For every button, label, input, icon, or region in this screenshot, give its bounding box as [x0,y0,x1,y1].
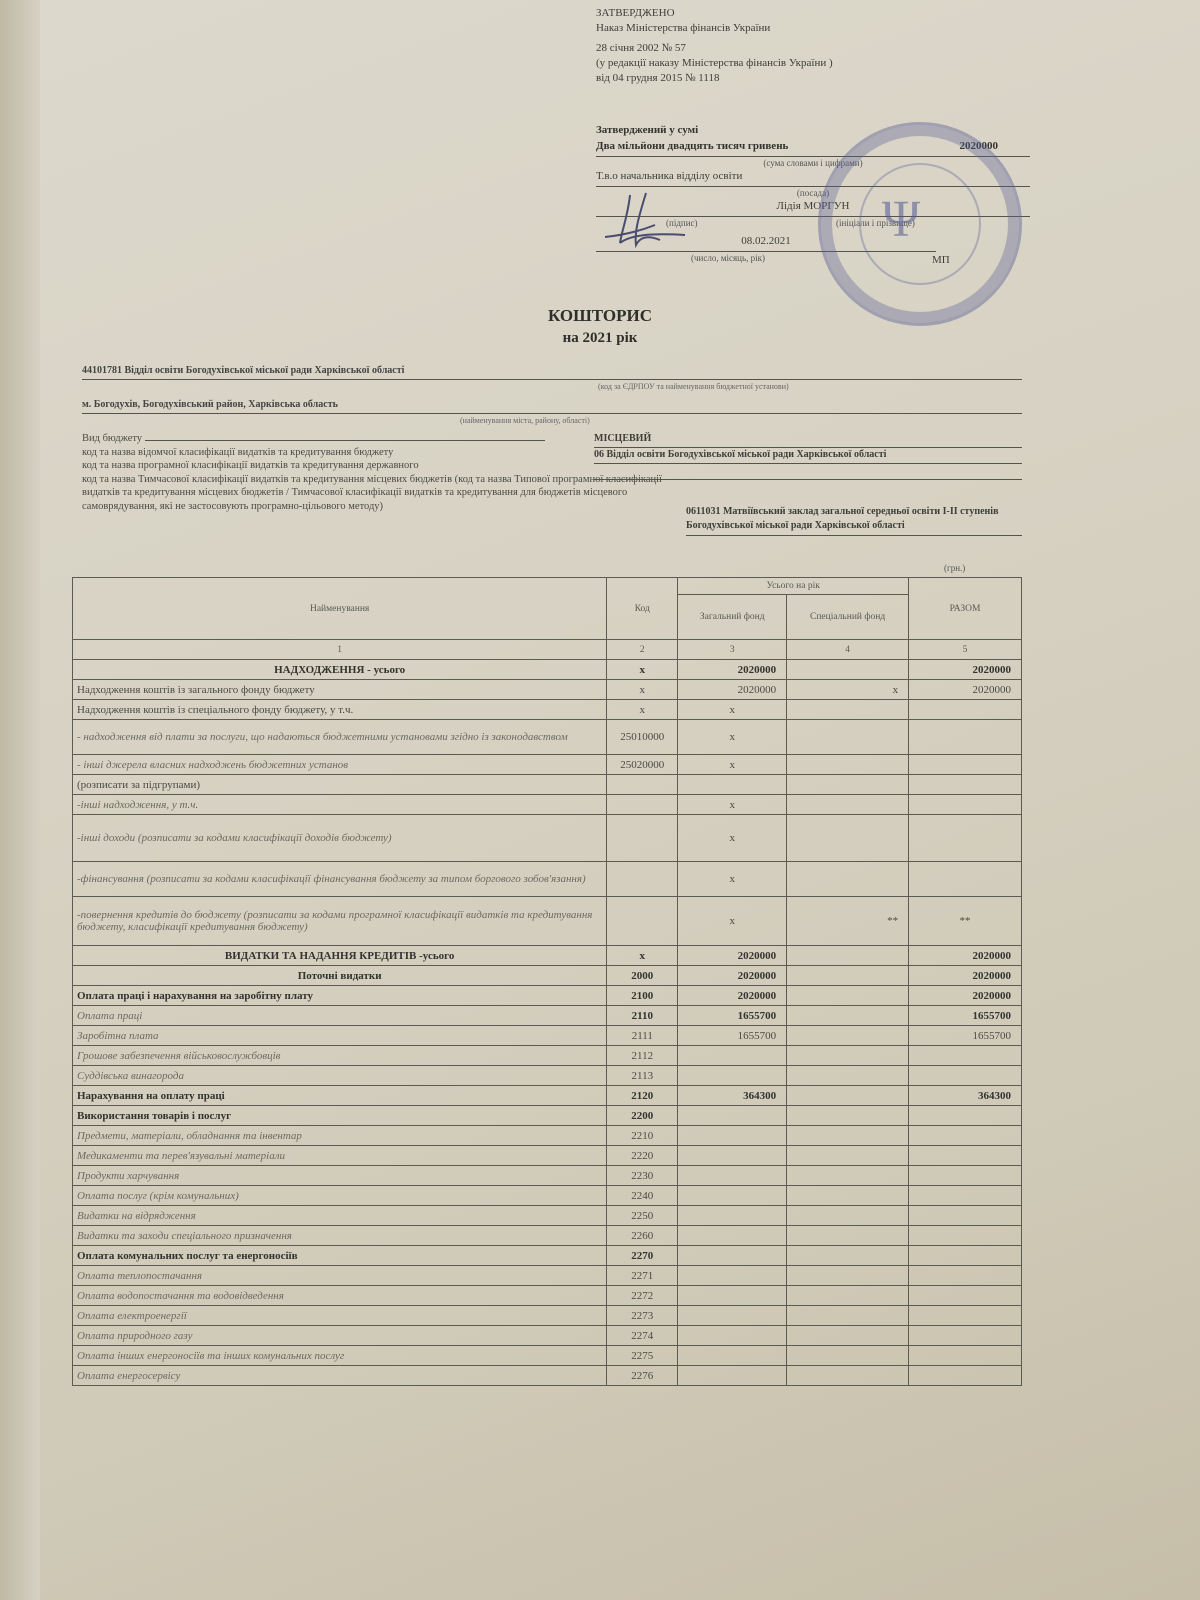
row-name: Видатки та заходи спеціального призначен… [73,1226,607,1246]
col-number-2: 2 [607,640,678,660]
date-hint: (число, місяць, рік) [691,252,765,265]
row-name: Оплата послуг (крім комунальних) [73,1186,607,1206]
local-program-value: 0611031 Матвіївський заклад загальної се… [686,505,1022,536]
row-total [909,1346,1022,1366]
row-special-fund [787,1006,909,1026]
row-code: 2000 [607,966,678,986]
row-name: ВИДАТКИ ТА НАДАННЯ КРЕДИТІВ -усього [73,946,607,966]
row-special-fund [787,1166,909,1186]
row-code: х [607,660,678,680]
row-code: 25020000 [607,755,678,775]
budget-type-value: МІСЦЕВИЙ [594,432,1022,448]
table-row: Поточні видатки200020200002020000 [73,966,1022,986]
approval-edition-date: від 04 грудня 2015 № 1118 [596,71,833,86]
table-row: Оплата природного газу2274 [73,1326,1022,1346]
row-name: Оплата праці [73,1006,607,1026]
row-code: 2273 [607,1306,678,1326]
table-row: Надходження коштів із спеціального фонду… [73,700,1022,720]
table-row: НАДХОДЖЕННЯ - усьогох20200002020000 [73,660,1022,680]
row-special-fund [787,1346,909,1366]
row-general-fund [678,1206,787,1226]
row-code: 2276 [607,1366,678,1386]
row-name: Оплата електроенергії [73,1306,607,1326]
dept-class-label: код та назва відомчої класифікації видат… [82,446,682,460]
table-row: Оплата праці211016557001655700 [73,1006,1022,1026]
table-row: -інші доходи (розписати за кодами класиф… [73,815,1022,862]
row-code: 2112 [607,1046,678,1066]
row-general-fund: 2020000 [678,946,787,966]
header-name: Найменування [73,578,607,640]
table-row: Суддівська винагорода2113 [73,1066,1022,1086]
row-special-fund [787,795,909,815]
row-general-fund: 2020000 [678,966,787,986]
row-total [909,1326,1022,1346]
row-special-fund [787,1286,909,1306]
row-name: Надходження коштів із спеціального фонду… [73,700,607,720]
table-row: (розписати за підгрупами) [73,775,1022,795]
header-code: Код [607,578,678,640]
row-name: Оплата природного газу [73,1326,607,1346]
row-general-fund [678,1126,787,1146]
row-name: Оплата інших енергоносіїв та інших комун… [73,1346,607,1366]
row-special-fund [787,720,909,755]
approved-sum-words: Два мільйони двадцять тисяч гривень [596,140,788,152]
row-code [607,897,678,946]
row-total [909,720,1022,755]
table-row: Оплата електроенергії2273 [73,1306,1022,1326]
approval-order: Наказ Міністерства фінансів України [596,21,833,36]
row-code [607,862,678,897]
row-total [909,1146,1022,1166]
row-code: 2275 [607,1346,678,1366]
budget-type-label: Вид бюджету [82,432,682,446]
row-total [909,862,1022,897]
header-year-total: Усього на рік [678,578,909,595]
row-total [909,1226,1022,1246]
row-code: 2111 [607,1026,678,1046]
row-general-fund: х [678,862,787,897]
row-special-fund [787,1186,909,1206]
row-total: 1655700 [909,1006,1022,1026]
table-row: Нарахування на оплату праці2120364300364… [73,1086,1022,1106]
row-total [909,1126,1022,1146]
table-row: Видатки на відрядження2250 [73,1206,1022,1226]
row-total [909,1046,1022,1066]
approver-position: Т.в.о начальника відділу освіти [596,170,742,182]
row-general-fund: х [678,795,787,815]
table-row: -повернення кредитів до бюджету (розписа… [73,897,1022,946]
row-general-fund [678,1366,787,1386]
row-name: Надходження коштів із загального фонду б… [73,680,607,700]
table-row: Оплата праці і нарахування на заробітну … [73,986,1022,1006]
row-general-fund [678,1146,787,1166]
row-code: 2200 [607,1106,678,1126]
row-special-fund [787,862,909,897]
institution-hint: (код за ЄДРПОУ та найменування бюджетної… [598,382,789,391]
row-total [909,815,1022,862]
row-code: 2272 [607,1286,678,1306]
row-general-fund [678,1226,787,1246]
row-general-fund: х [678,755,787,775]
row-special-fund [787,1266,909,1286]
row-total [909,1186,1022,1206]
row-special-fund [787,1226,909,1246]
row-total: 2020000 [909,946,1022,966]
row-general-fund [678,1246,787,1266]
row-general-fund: х [678,700,787,720]
row-total [909,1306,1022,1326]
row-general-fund [678,1326,787,1346]
row-special-fund [787,1366,909,1386]
budget-table: Найменування Код Усього на рік РАЗОМ Заг… [72,577,1022,1386]
row-special-fund [787,775,909,795]
header-general-fund: Загальний фонд [678,595,787,640]
location-line: м. Богодухів, Богодухівський район, Харк… [82,398,1022,414]
row-total [909,1266,1022,1286]
row-general-fund [678,1106,787,1126]
state-program-value [594,464,1022,480]
row-code [607,815,678,862]
row-name: Нарахування на оплату праці [73,1086,607,1106]
official-stamp: Ψ [818,122,1022,326]
document-title: КОШТОРИС [0,306,1200,326]
row-total: 2020000 [909,660,1022,680]
page-edge-shadow [0,0,40,1600]
row-name: -повернення кредитів до бюджету (розписа… [73,897,607,946]
row-code: 2100 [607,986,678,1006]
row-special-fund [787,1046,909,1066]
row-special-fund [787,1086,909,1106]
table-row: ВИДАТКИ ТА НАДАННЯ КРЕДИТІВ -усьогох2020… [73,946,1022,966]
row-name: Заробітна плата [73,1026,607,1046]
table-row: Заробітна плата211116557001655700 [73,1026,1022,1046]
row-special-fund: х [787,680,909,700]
row-code: 2120 [607,1086,678,1106]
row-special-fund [787,1146,909,1166]
table-row: Предмети, матеріали, обладнання та інвен… [73,1126,1022,1146]
col-number-4: 4 [787,640,909,660]
row-name: (розписати за підгрупами) [73,775,607,795]
col-number-5: 5 [909,640,1022,660]
row-general-fund [678,1166,787,1186]
row-special-fund [787,1066,909,1086]
row-general-fund [678,1266,787,1286]
table-row: Оплата послуг (крім комунальних)2240 [73,1186,1022,1206]
approval-block: ЗАТВЕРДЖЕНО Наказ Міністерства фінансів … [596,6,833,86]
row-code [607,795,678,815]
row-general-fund: х [678,815,787,862]
row-total: 1655700 [909,1026,1022,1046]
table-row: -фінансування (розписати за кодами класи… [73,862,1022,897]
row-total: 2020000 [909,966,1022,986]
row-name: Оплата праці і нарахування на заробітну … [73,986,607,1006]
row-general-fund [678,1066,787,1086]
row-name: Видатки на відрядження [73,1206,607,1226]
row-name: Медикаменти та перев'язувальні матеріали [73,1146,607,1166]
row-name: НАДХОДЖЕННЯ - усього [73,660,607,680]
row-code: 25010000 [607,720,678,755]
row-code: х [607,680,678,700]
classification-values: МІСЦЕВИЙ 06 Відділ освіти Богодухівської… [594,432,1022,480]
row-general-fund: 2020000 [678,660,787,680]
row-total: 2020000 [909,680,1022,700]
row-general-fund [678,1306,787,1326]
row-special-fund [787,946,909,966]
row-code: х [607,700,678,720]
table-row: -інші надходження, у т.ч.х [73,795,1022,815]
row-code: 2113 [607,1066,678,1086]
header-special-fund: Спеціальний фонд [787,595,909,640]
col-number-1: 1 [73,640,607,660]
row-name: -фінансування (розписати за кодами класи… [73,862,607,897]
row-code: х [607,946,678,966]
approval-date: 08.02.2021 [741,235,791,247]
row-code: 2220 [607,1146,678,1166]
row-name: - надходження від плати за послуги, що н… [73,720,607,755]
table-row: - надходження від плати за послуги, що н… [73,720,1022,755]
institution-line: 44101781 Відділ освіти Богодухівської мі… [82,364,1022,380]
row-code: 2270 [607,1246,678,1266]
row-code: 2110 [607,1006,678,1026]
row-general-fund [678,1286,787,1306]
table-row: Продукти харчування2230 [73,1166,1022,1186]
row-general-fund: 1655700 [678,1026,787,1046]
row-total [909,1286,1022,1306]
row-name: Оплата енергосервісу [73,1366,607,1386]
document-year: на 2021 рік [0,330,1200,347]
row-code: 2274 [607,1326,678,1346]
row-general-fund: 2020000 [678,680,787,700]
dept-class-value: 06 Відділ освіти Богодухівської міської … [594,448,1022,464]
row-total [909,1166,1022,1186]
row-special-fund [787,1326,909,1346]
row-special-fund [787,1246,909,1266]
row-name: Суддівська винагорода [73,1066,607,1086]
approval-edition: (у редакції наказу Міністерства фінансів… [596,56,833,71]
row-special-fund [787,1026,909,1046]
row-general-fund: 2020000 [678,986,787,1006]
row-special-fund [787,660,909,680]
row-code: 2260 [607,1226,678,1246]
row-special-fund [787,815,909,862]
row-total [909,1106,1022,1126]
row-code: 2240 [607,1186,678,1206]
row-total [909,775,1022,795]
row-total: 364300 [909,1086,1022,1106]
row-code: 2250 [607,1206,678,1226]
approval-order-date: 28 січня 2002 № 57 [596,41,833,56]
col-number-3: 3 [678,640,787,660]
row-general-fund [678,1346,787,1366]
row-code [607,775,678,795]
row-total [909,1066,1022,1086]
row-special-fund [787,1106,909,1126]
row-special-fund [787,966,909,986]
row-name: Грошове забезпечення військовослужбовців [73,1046,607,1066]
state-program-label: код та назва програмної класифікації вид… [82,459,682,473]
row-name: Оплата комунальних послуг та енергоносії… [73,1246,607,1266]
signature-scribble [600,185,690,255]
trident-emblem-icon: Ψ [879,185,923,255]
row-code: 2230 [607,1166,678,1186]
table-row: Медикаменти та перев'язувальні матеріали… [73,1146,1022,1166]
location-hint: (найменування міста, району, області) [460,416,590,425]
row-name: - інші джерела власних надходжень бюджет… [73,755,607,775]
row-general-fund: х [678,720,787,755]
row-total [909,1366,1022,1386]
row-total [909,795,1022,815]
row-name: Предмети, матеріали, обладнання та інвен… [73,1126,607,1146]
row-special-fund [787,755,909,775]
row-special-fund [787,700,909,720]
approval-heading: ЗАТВЕРДЖЕНО [596,6,833,21]
table-row: Оплата інших енергоносіїв та інших комун… [73,1346,1022,1366]
table-row: Грошове забезпечення військовослужбовців… [73,1046,1022,1066]
table-row: Оплата комунальних послуг та енергоносії… [73,1246,1022,1266]
document-page: ЗАТВЕРДЖЕНО Наказ Міністерства фінансів … [0,0,1200,1600]
row-total [909,700,1022,720]
table-row: Оплата теплопостачання2271 [73,1266,1022,1286]
row-total [909,1206,1022,1226]
local-program-label: код та назва Тимчасової класифікації вид… [82,473,682,514]
row-code: 2210 [607,1126,678,1146]
row-name: Оплата водопостачання та водовідведення [73,1286,607,1306]
row-special-fund [787,986,909,1006]
row-general-fund [678,1186,787,1206]
row-general-fund: 364300 [678,1086,787,1106]
row-special-fund: ** [787,897,909,946]
table-row: Оплата енергосервісу2276 [73,1366,1022,1386]
row-general-fund [678,775,787,795]
row-general-fund [678,1046,787,1066]
table-row: Надходження коштів із загального фонду б… [73,680,1022,700]
table-row: - інші джерела власних надходжень бюджет… [73,755,1022,775]
row-total [909,755,1022,775]
row-total [909,1246,1022,1266]
row-name: -інші надходження, у т.ч. [73,795,607,815]
row-special-fund [787,1126,909,1146]
row-code: 2271 [607,1266,678,1286]
row-name: Оплата теплопостачання [73,1266,607,1286]
header-total: РАЗОМ [909,578,1022,640]
table-row: Використання товарів і послуг2200 [73,1106,1022,1126]
row-general-fund: х [678,897,787,946]
row-name: Поточні видатки [73,966,607,986]
currency-unit: (грн.) [944,563,965,573]
classification-labels: Вид бюджету код та назва відомчої класиф… [82,432,682,513]
table-row: Видатки та заходи спеціального призначен… [73,1226,1022,1246]
table-row: Оплата водопостачання та водовідведення2… [73,1286,1022,1306]
row-total: ** [909,897,1022,946]
row-name: Продукти харчування [73,1166,607,1186]
row-general-fund: 1655700 [678,1006,787,1026]
row-special-fund [787,1306,909,1326]
row-name: -інші доходи (розписати за кодами класиф… [73,815,607,862]
row-total: 2020000 [909,986,1022,1006]
row-name: Використання товарів і послуг [73,1106,607,1126]
row-special-fund [787,1206,909,1226]
